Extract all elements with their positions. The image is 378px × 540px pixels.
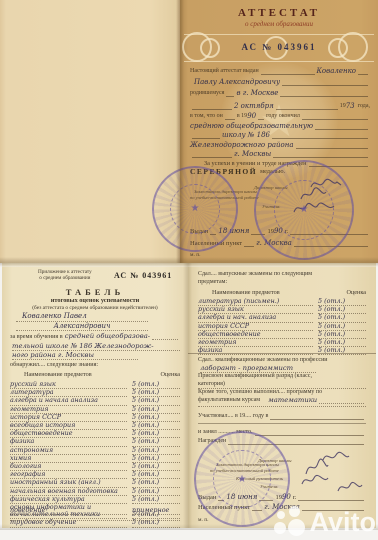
- finish-tail: году окончил: [266, 113, 300, 120]
- found-label: обнаружил.... следующие знания:: [10, 361, 98, 368]
- empty-ruled-line: [198, 406, 366, 407]
- school-handwritten-2: школу № 186: [222, 132, 270, 139]
- exam-grade: 5 (отл.): [318, 347, 366, 355]
- issued-g-label: г.: [293, 494, 297, 501]
- col-grade-header: Оценка: [161, 371, 181, 378]
- school-handwritten-4: г. Москвы: [234, 151, 271, 158]
- behavior-label: поведение: [10, 507, 127, 515]
- rank-line-2: категория): [198, 381, 366, 389]
- participated-line: Участвовал.... в 19.... году в: [198, 413, 268, 420]
- name-patronymic-handwritten: Павлу Александровичу: [194, 79, 280, 86]
- teachers-signature-1: [300, 473, 330, 487]
- tabel-number: АС № 043961: [114, 271, 172, 280]
- qual-label: Сдал.. квалификационные экзамены по проф…: [198, 357, 368, 364]
- round-stamp-left: ★: [152, 166, 238, 252]
- round-stamp-right: ★: [254, 160, 354, 260]
- study-handwritten-3: ного района г. Москвы: [12, 351, 138, 360]
- avito-brand-text: Avito: [310, 507, 377, 538]
- empty-ruled-line: [10, 520, 180, 521]
- avito-logo-icon: [274, 506, 306, 538]
- tabel-name-handwritten-1: Коваленко Павел: [16, 312, 148, 322]
- attestat-subtitle: о среднем образовании: [180, 20, 378, 28]
- teachers-signature-2: [336, 479, 364, 495]
- fact-label: в том, что он: [190, 113, 223, 120]
- section-divider: [188, 353, 376, 354]
- empty-ruled-line: [198, 423, 366, 424]
- stamp-star-icon: ★: [300, 204, 309, 215]
- tabel-subtitle: итоговых оценок успеваемости: [2, 297, 188, 304]
- extra-line-1: Кроме того, успешно выполнил.... програм…: [198, 389, 368, 396]
- born-label: родившемуся: [190, 90, 224, 97]
- attestat-cover-page: [0, 0, 180, 263]
- subject-grade: 5 (отл.): [132, 496, 180, 504]
- page-crease-vertical-top: [176, 0, 184, 263]
- issued-to-label: Настоящий аттестат выдан: [190, 68, 259, 75]
- born-date-handwritten: 2 октября: [234, 103, 274, 110]
- born-place-handwritten: в г. Москве: [236, 90, 278, 97]
- finish-year-handwritten: 90: [247, 113, 256, 120]
- surname-handwritten: Коваленко: [317, 68, 356, 75]
- passed-line-2: предметам:: [198, 279, 227, 286]
- col-subject-header: Наименование предметов: [198, 289, 280, 296]
- stamp-star-icon: ★: [191, 203, 200, 214]
- annex-label: Приложение к аттестату о среднем образов…: [38, 270, 92, 282]
- study-handwritten-2: тельной школе № 186 Железнодорож-: [12, 342, 180, 351]
- extra-handwritten: математики: [268, 397, 317, 404]
- school-handwritten-1: среднюю общеобразовательную: [190, 123, 313, 130]
- exams-table-header: Наименование предметов Оценка: [198, 289, 366, 296]
- exam-rows: литература (письмен.) 5 (отл.) русский я…: [198, 298, 366, 355]
- finish-year-preprint: в 19: [237, 113, 247, 120]
- behavior-grade: примерное: [132, 507, 180, 515]
- exams-page: Сдал.... выпускные экзамены по следующим…: [188, 263, 376, 528]
- mp-label: м. п.: [198, 517, 209, 523]
- table-row: физика 5 (отл.): [198, 347, 366, 355]
- qual-handwritten: лаборант - программист: [200, 365, 316, 374]
- tabel-title: ТАБЕЛЬ: [2, 287, 188, 297]
- behavior-row: поведение примерное: [10, 507, 180, 515]
- extra-line-2: факультативным курсам: [198, 397, 260, 404]
- exam-subject-name: физика: [198, 347, 313, 355]
- annex-line-2: о среднем образовании: [38, 276, 92, 282]
- tabel-page: Приложение к аттестату о среднем образов…: [2, 263, 188, 528]
- study-label: за время обучения в: [10, 333, 63, 340]
- attestat-title: АТТЕСТАТ: [180, 7, 378, 19]
- avito-watermark: Avito: [274, 506, 377, 538]
- school-handwritten-3: Железнодорожного района: [190, 142, 294, 149]
- tabel-note: (без аттестата о среднем образовании нед…: [2, 305, 188, 311]
- passed-line-1: Сдал.... выпускные экзамены по следующим: [198, 271, 368, 278]
- page-crease-vertical-bottom: [183, 263, 192, 528]
- stamp-star-icon: ★: [238, 474, 247, 485]
- tabel-name-handwritten-2: Александрович: [16, 322, 148, 332]
- study-handwritten-1: средней общеобразова-: [65, 333, 150, 340]
- col-subject-header: Наименование предметов: [10, 371, 92, 378]
- attestat-number: АС № 043961: [180, 42, 378, 52]
- born-year-handwritten: 73: [346, 103, 355, 110]
- tabel-table-header: Наименование предметов Оценка: [10, 371, 180, 378]
- rank-line-1: Присвоен квалификационный разряд (класс,: [198, 373, 368, 380]
- attestat-page: ★ АТТЕСТАТ о среднем образовании АС № 04…: [180, 0, 378, 263]
- col-grade-header: Оценка: [347, 289, 367, 296]
- born-year-tail: года,: [358, 103, 370, 110]
